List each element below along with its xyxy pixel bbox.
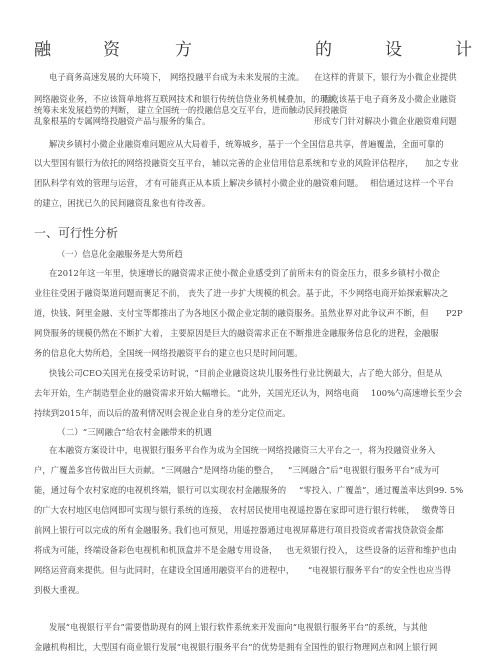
text-segment: 主要原因是巨大的融资需求正在不断推进金融服务信息化的进程，金融服 xyxy=(170,328,439,339)
text-segment: 道，快钱、阿里金融、支付宝等都推出了为各地区小微企业定制的融资服务。虽然业界对此… xyxy=(34,308,429,319)
text-segment: 电子商务高速发展的大环境下， xyxy=(49,72,167,83)
text-segment: 乱象根基的专属网络投融资产品与服务的集合。 xyxy=(34,116,210,127)
text-segment: 统筹未来发展趋势的判断， 建立全国统一的投融信息交互平台，进而触动民间投融资 xyxy=(34,105,347,116)
text-segment: “三网融合”是网络功能的整合， xyxy=(161,465,279,476)
text-segment: 在本融资方案设计中，电视银行服务平台作为成为全国统一网络投融资三大平台之一，将为… xyxy=(49,445,435,456)
text-segment: 网贷服务的规模仍然在不断扩大着， xyxy=(34,328,168,339)
text-segment: 银行可以实现农村金融服务的 xyxy=(177,485,286,496)
text-segment: 的建立，困扰已久的民间融资乱象也有待改善。 xyxy=(34,198,210,209)
text-segment: 发展“电视银行平台”需要借助现有的网上银行软件系统来开发面向“电视银行服务平台”… xyxy=(49,622,427,633)
text-segment: 到极大重视。 xyxy=(34,585,84,596)
title-char: 资 xyxy=(103,40,120,60)
subsection-heading: （二）“三网融合”给农村金融带来的机遇 xyxy=(57,428,212,439)
text-segment: 业往往受困于融资渠道问题而裹足不前， xyxy=(34,288,185,299)
text-segment: 在2012年这一年里，快速增长的融资需求正使小微企业感受到了前所未有的资金压力，… xyxy=(49,268,440,279)
text-segment: 解决乡镇村小微企业融资难问题应从大局着手，统筹城乡，基于一个全国信息共享，普遍覆… xyxy=(49,139,444,150)
text-segment: 将成为可能，终端设备彩色电视机和机顶盒并不是金融专用设备， xyxy=(34,545,278,556)
text-segment: 相信通过这样一个平台 xyxy=(370,178,454,189)
text-segment: 农村居民使用电视遥控器在家即可进行银行转帐， xyxy=(230,505,415,516)
title-char: 计 xyxy=(455,40,472,60)
text-segment: 缴费等日 xyxy=(422,505,456,516)
text-segment: 务的信息化大势所趋，全国统一网络投融资平台的建立也只是时间问题。 xyxy=(34,348,303,359)
text-segment: “三网融合”后“电视银行服务平台”成为可 xyxy=(288,465,440,476)
text-segment: 快钱公司CEO关国光在接受采访时说，“目前企业融资这块儿服务性行业比例最大，占了… xyxy=(49,368,442,379)
text-segment: 团队科学有效的管理与运营， xyxy=(34,178,143,189)
title-char: 设 xyxy=(385,40,402,60)
text-segment: P2P xyxy=(446,308,463,319)
text-segment: “零投入、广覆盖”，通过覆盖率达到99. 5% xyxy=(299,485,463,496)
text-segment: 我们也可预见，用遥控器通过电视屏幕进行项目投资或者需找贷款资金都 xyxy=(175,525,444,536)
document-page: 融资方的设计 一、可行性分析（二）“三网融合”给农村金融带来的机遇 电子商务高速… xyxy=(0,0,500,658)
text-segment: 网络融资业务，不应该简单地将互联网技术和银行传统信贷业务机械叠加，的现状， xyxy=(34,94,345,105)
text-segment: 的广大农村地区电信网即可实现与银行系统的连接， xyxy=(34,505,227,516)
text-segment: 而应该基于电子商务及小微企业融资 xyxy=(322,94,456,105)
text-segment: “电视银行服务平台”的安全性也应当得 xyxy=(308,565,451,576)
title-char: 的 xyxy=(315,40,332,60)
text-segment: 能，通过每个农村家庭的电视机终端， xyxy=(34,485,177,496)
text-segment: 持续到2015年，而以后的盈利情况则会视企业自身的差分定位而定。 xyxy=(34,408,291,419)
text-segment: 网络投融平台成为未来发展的主流。 xyxy=(170,72,304,83)
section-heading: 一、可行性分析 xyxy=(34,226,118,240)
text-segment: 辅以完善的企业信用信息系统和专业的风险评估程序， xyxy=(212,158,414,169)
text-segment: ”此外，关国光还认为，网络电商 xyxy=(237,388,359,399)
title-char: 融 xyxy=(34,40,51,60)
text-segment: 以大型国有银行为依托的网络投融资交互平台， xyxy=(34,158,210,169)
title-char: 方 xyxy=(175,40,192,60)
text-segment: 加之专业 xyxy=(425,158,459,169)
text-segment: 形成专门针对解决小微企业融资难问题 xyxy=(314,116,457,127)
text-segment: 去年开始，生产制造型企业的融资需求开始大幅增长。 xyxy=(34,388,236,399)
text-segment: 100%勺高速增长至少会 xyxy=(371,388,462,399)
text-segment: 在这样的背景下，银行为小微企业提供 xyxy=(314,72,457,83)
text-segment: 也无须银行投入， 这些设备的运营和维护也由 xyxy=(286,545,457,556)
text-segment: 前网上银行可以完成的所有金融服务。 xyxy=(34,525,177,536)
text-segment: 丧失了进一步扩大规模的机会。基于此，不少网络电商开始探索解决之 xyxy=(188,288,448,299)
text-segment: 户，广覆盖多宫传做出巨大贡献。 xyxy=(34,465,160,476)
text-segment: （一）信息化金融服务是大势所趋 xyxy=(57,249,183,260)
text-segment: 才有可能真正从本质上解决乡镇村小微企业的融资难问题。 xyxy=(145,178,363,189)
text-segment: 网络运营商来提供。但与此同时，在建设全国通用融资平台的进程中， xyxy=(34,565,294,576)
text-segment: 金融机构相比，大型国有商业银行发展“电视银行服务平台”的优势是拥有全国性的银行物… xyxy=(34,642,437,653)
